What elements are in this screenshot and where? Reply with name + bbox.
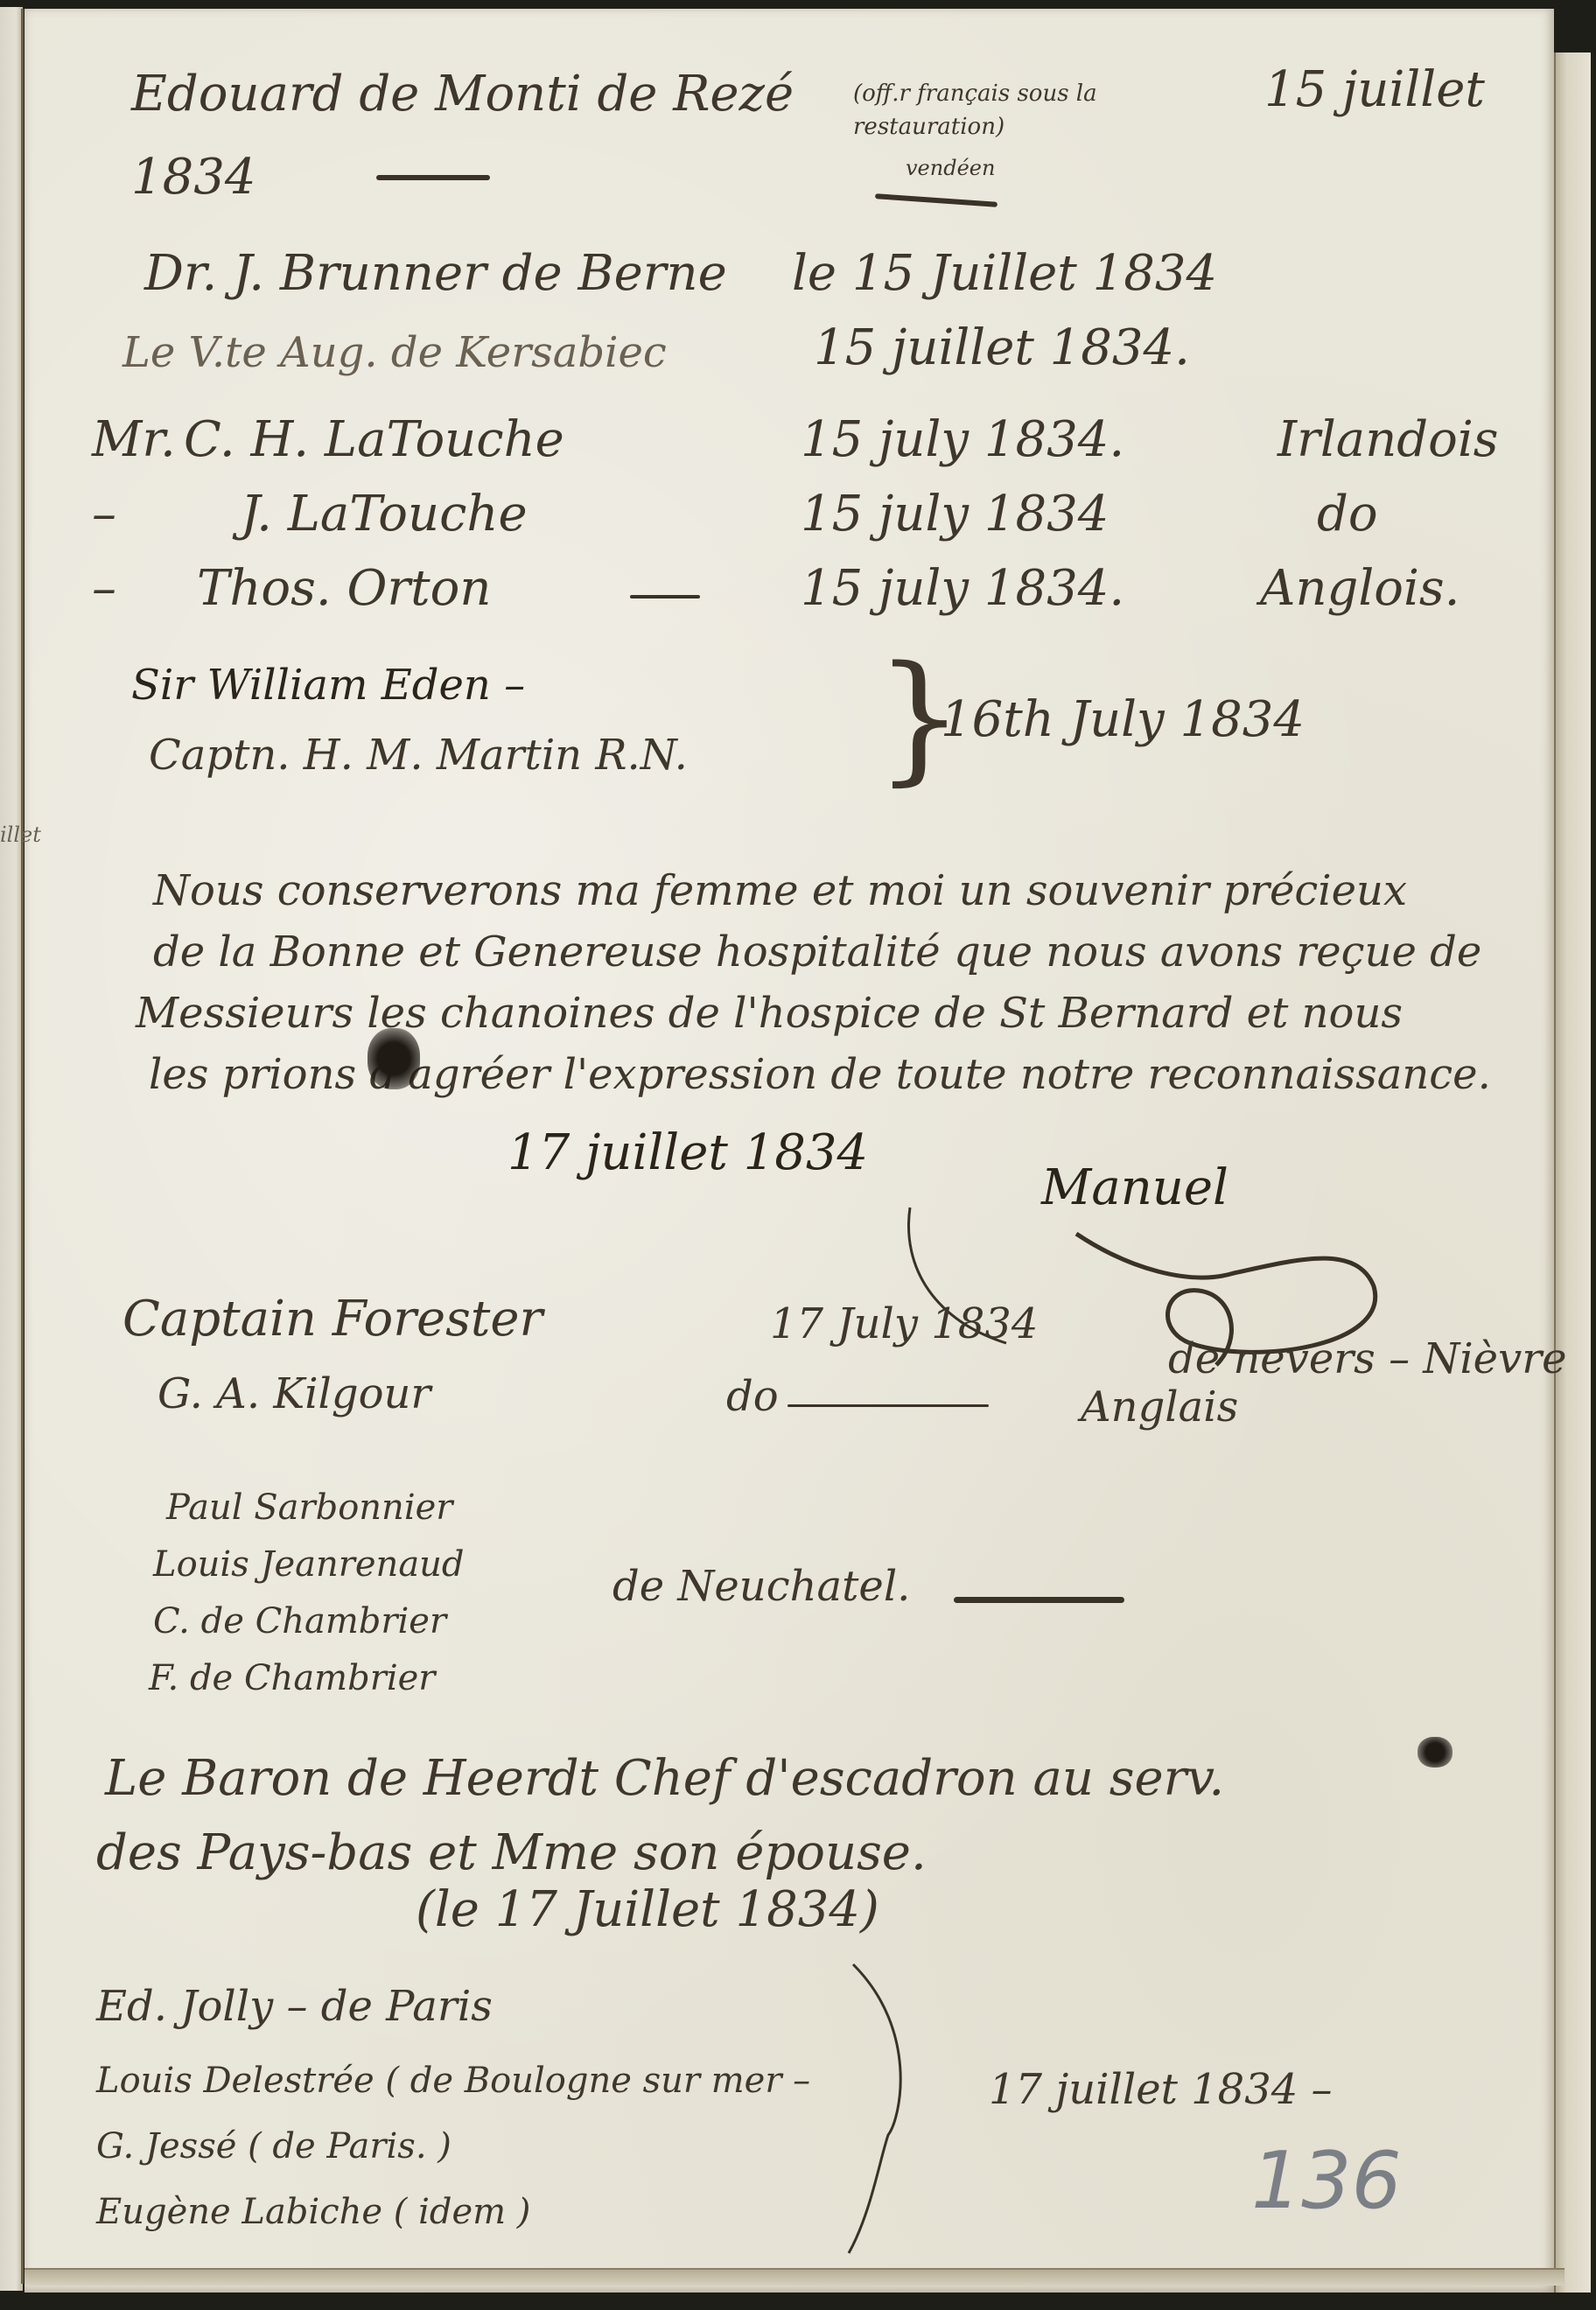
entry-name: Sir William Eden –: [131, 661, 525, 710]
margin-fragment: illet: [0, 822, 41, 847]
page-edge-bottom: [24, 2268, 1564, 2285]
dash-stroke: [630, 595, 700, 598]
entry-name: C. de Chambrier: [153, 1601, 446, 1641]
entry-origin: de Neuchatel.: [612, 1562, 910, 1611]
grouping-brace: [840, 1960, 927, 2257]
entry-origin: do: [1317, 486, 1378, 542]
entry-date: 15 juillet: [1264, 61, 1485, 118]
entry-name: Dr. J. Brunner de Berne: [144, 245, 727, 302]
entry-name: Ed. Jolly – de Paris: [96, 1982, 493, 2031]
message-line: de la Bonne et Genereuse hospitalité que…: [153, 927, 1481, 976]
dash-stroke: [954, 1597, 1124, 1603]
entry-name: Edouard de Monti de Rezé: [131, 66, 794, 122]
entry-line: des Pays-bas et Mme son épouse.: [96, 1824, 927, 1881]
entry-name: F. de Chambrier: [149, 1658, 435, 1698]
ink-blot: [367, 1028, 420, 1089]
entry-name: G. Jessé ( de Paris. ): [96, 2126, 451, 2166]
message-line: Messieurs les chanoines de l'hospice de …: [136, 989, 1403, 1038]
entry-name: Thos. Orton: [197, 560, 491, 617]
previous-page-edge: [0, 7, 23, 2291]
entry-origin: de nevers – Nièvre: [1168, 1334, 1567, 1383]
entry-prefix: –: [92, 560, 116, 617]
entry-prefix: Mr.: [92, 411, 176, 468]
entry-origin: Irlandois: [1277, 411, 1498, 468]
entry-name: C. H. LaTouche: [184, 411, 564, 468]
ditto-mark: do: [726, 1372, 779, 1421]
entry-origin: Anglois.: [1260, 560, 1459, 617]
dash-stroke: [376, 175, 490, 180]
entry-name: Captain Forester: [122, 1291, 542, 1347]
dash-stroke: [787, 1404, 989, 1407]
entry-date: 15 juillet 1834.: [814, 319, 1190, 376]
entry-date: 15 july 1834: [801, 486, 1109, 542]
entry-name: Le V.te Aug. de Kersabiec: [122, 328, 667, 377]
entry-origin: Anglais: [1081, 1382, 1238, 1431]
entry-date: (le 17 Juillet 1834): [416, 1881, 879, 1938]
entry-name: Eugène Labiche ( idem ): [96, 2192, 530, 2232]
entry-date: le 15 Juillet 1834: [792, 245, 1217, 302]
entry-date: 15 july 1834.: [801, 411, 1124, 468]
entry-date: 16th July 1834: [941, 691, 1305, 748]
entry-name: Louis Delestrée ( de Boulogne sur mer –: [96, 2061, 810, 2101]
ink-blot: [1417, 1737, 1452, 1767]
entry-name: Louis Jeanrenaud: [153, 1544, 465, 1585]
entry-name: J. LaTouche: [241, 486, 528, 542]
entry-name: Paul Sarbonnier: [166, 1487, 452, 1528]
entry-note-vendeen: vendéen: [906, 156, 995, 180]
entry-year: 1834: [131, 149, 256, 206]
page-edge-right: [1554, 52, 1591, 2292]
entry-prefix: –: [92, 486, 116, 542]
entry-note: (off.r français sous la restauration): [853, 77, 1221, 143]
entry-date: 15 july 1834.: [801, 560, 1124, 617]
entry-date: 17 July 1834: [770, 1299, 1038, 1348]
entry-name: G. A. Kilgour: [157, 1369, 430, 1418]
entry-date: 17 juillet 1834 –: [989, 2065, 1333, 2114]
entry-date: 17 juillet 1834: [507, 1124, 868, 1181]
entry-name: Captn. H. M. Martin R.N.: [149, 731, 688, 780]
message-line: les prions d'agréer l'expression de tout…: [149, 1050, 1491, 1099]
message-line: Nous conserverons ma femme et moi un sou…: [153, 866, 1407, 915]
entry-line: Le Baron de Heerdt Chef d'escadron au se…: [105, 1750, 1224, 1807]
binding-gutter: [21, 9, 24, 2284]
page-number: 136: [1251, 2135, 1402, 2227]
